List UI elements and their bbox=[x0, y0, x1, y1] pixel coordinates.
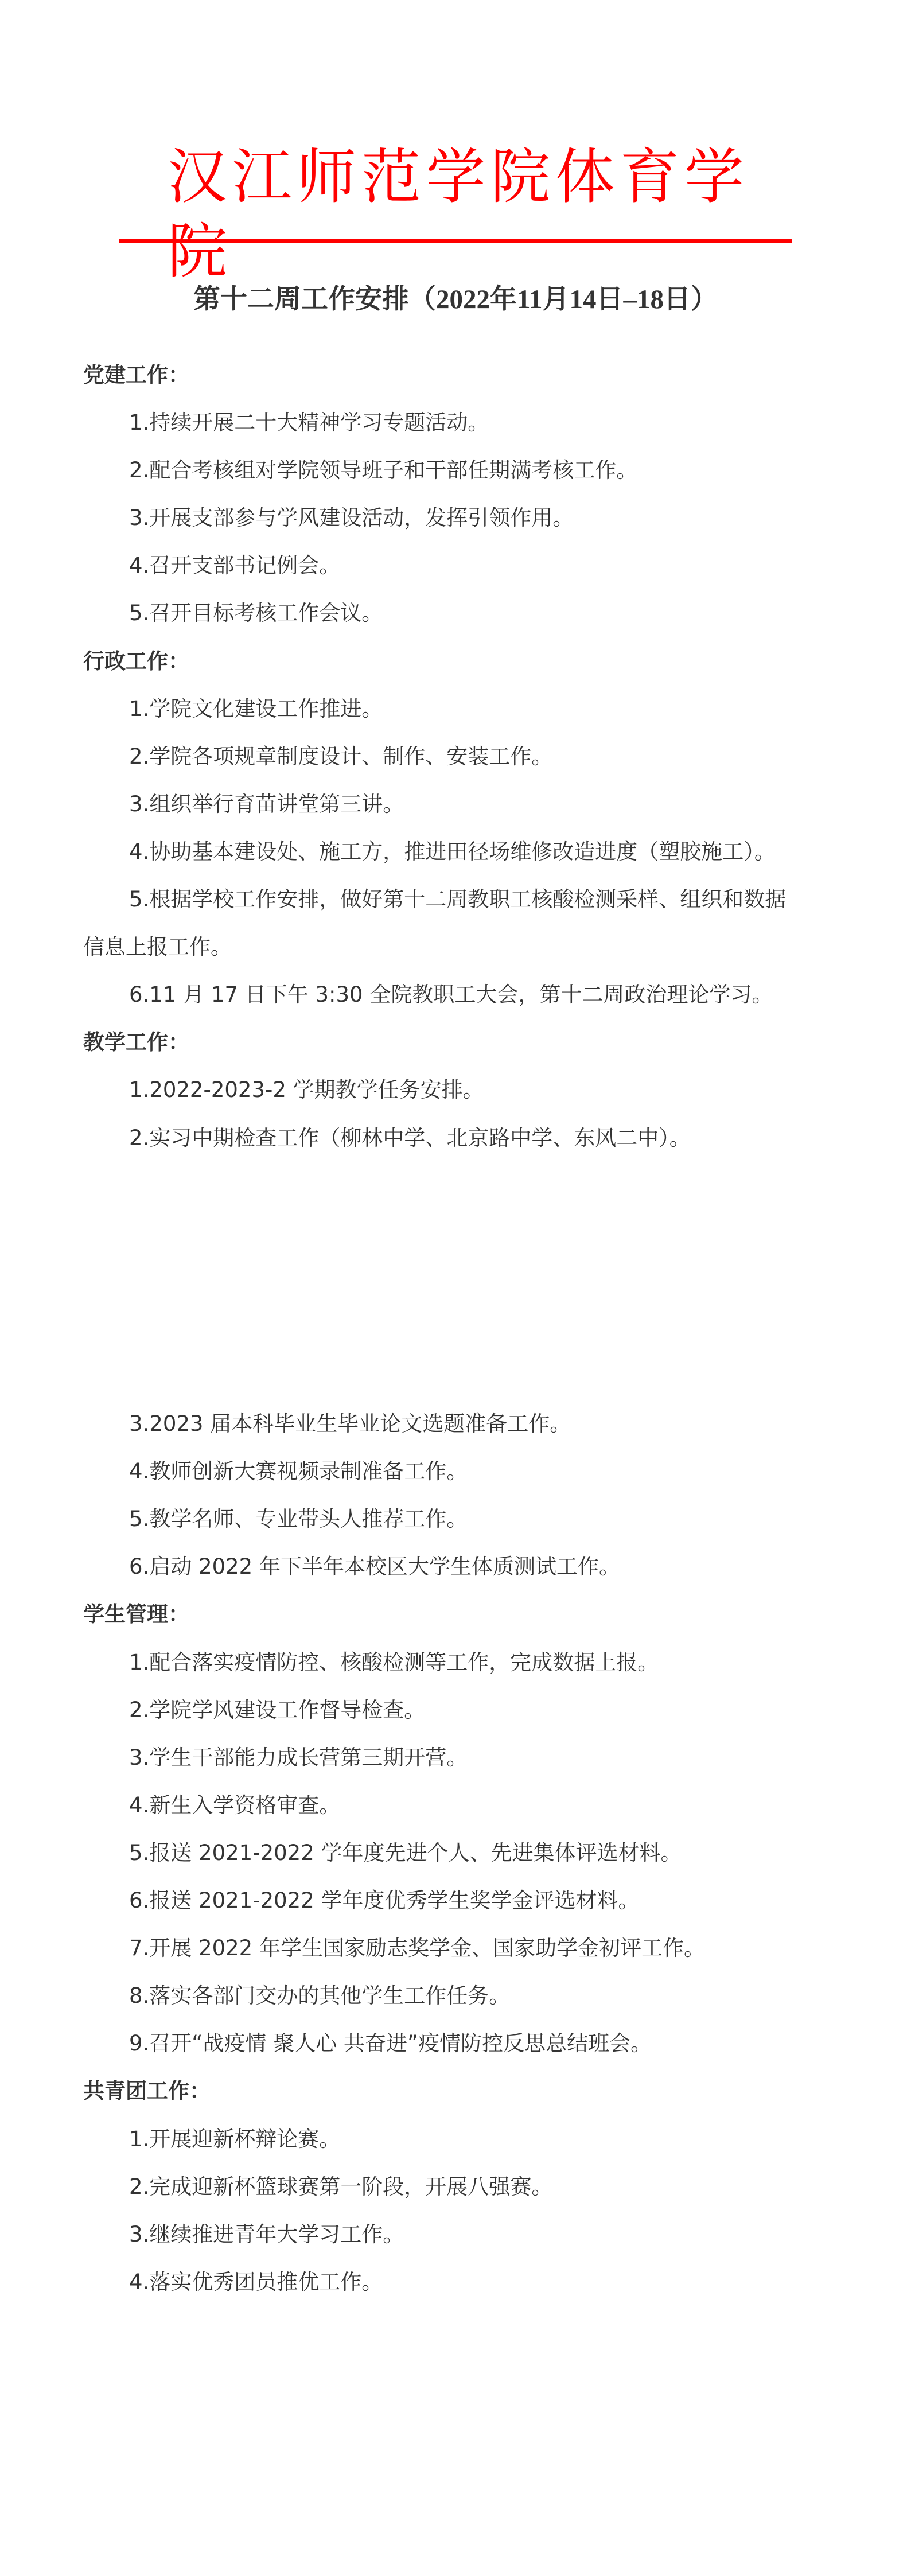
section-heading-admin: 行政工作： bbox=[83, 637, 829, 685]
list-item: 6.启动 2022 年下半年本校区大学生体质测试工作。 bbox=[83, 1543, 829, 1590]
org-title-block: 汉江师范学院体育学院 bbox=[168, 139, 744, 214]
list-item: 1.持续开展二十大精神学习专题活动。 bbox=[83, 399, 829, 446]
org-title: 汉江师范学院体育学院 bbox=[168, 139, 744, 289]
section-heading-party: 党建工作： bbox=[83, 351, 829, 399]
section-heading-teaching: 教学工作： bbox=[83, 1018, 829, 1066]
list-item: 3.学生干部能力成长营第三期开营。 bbox=[83, 1734, 829, 1781]
list-item: 6.11 月 17 日下午 3:30 全院教职工大会，第十二周政治理论学习。 bbox=[83, 971, 829, 1018]
list-item: 1.学院文化建设工作推进。 bbox=[83, 685, 829, 733]
page-subtitle: 第十二周工作安排（2022年11月14日–18日） bbox=[0, 281, 911, 318]
list-item: 4.落实优秀团员推优工作。 bbox=[83, 2258, 829, 2306]
red-divider bbox=[119, 239, 792, 243]
list-item: 4.召开支部书记例会。 bbox=[83, 542, 829, 589]
list-item: 5.召开目标考核工作会议。 bbox=[83, 589, 829, 637]
list-item: 7.开展 2022 年学生国家励志奖学金、国家助学金初评工作。 bbox=[83, 1924, 829, 1972]
list-item: 9.召开“战疫情 聚人心 共奋进”疫情防控反思总结班会。 bbox=[83, 2019, 829, 2067]
page-break-gap bbox=[83, 1162, 829, 1400]
section-heading-student-affairs: 学生管理： bbox=[83, 1590, 829, 1638]
list-item: 3.组织举行育苗讲堂第三讲。 bbox=[83, 780, 829, 828]
list-item: 2.学院学风建设工作督导检查。 bbox=[83, 1686, 829, 1734]
list-item: 3.2023 届本科毕业生毕业论文选题准备工作。 bbox=[83, 1400, 829, 1447]
list-item: 1.配合落实疫情防控、核酸检测等工作，完成数据上报。 bbox=[83, 1639, 829, 1686]
list-item: 1.开展迎新杯辩论赛。 bbox=[83, 2115, 829, 2163]
list-item: 4.新生入学资格审查。 bbox=[83, 1781, 829, 1829]
section-heading-youth-league: 共青团工作： bbox=[83, 2067, 829, 2115]
list-item: 2.配合考核组对学院领导班子和干部任期满考核工作。 bbox=[83, 446, 829, 494]
list-item: 3.开展支部参与学风建设活动，发挥引领作用。 bbox=[83, 494, 829, 542]
list-item: 5.报送 2021-2022 学年度先进个人、先进集体评选材料。 bbox=[83, 1829, 829, 1877]
list-item: 2.完成迎新杯篮球赛第一阶段，开展八强赛。 bbox=[83, 2163, 829, 2211]
list-item: 6.报送 2021-2022 学年度优秀学生奖学金评选材料。 bbox=[83, 1877, 829, 1924]
list-item: 4.协助基本建设处、施工方，推进田径场维修改造进度（塑胶施工）。 bbox=[83, 828, 829, 875]
list-item-continuation: 信息上报工作。 bbox=[83, 923, 829, 971]
list-item: 5.教学名师、专业带头人推荐工作。 bbox=[83, 1495, 829, 1543]
list-item: 2.实习中期检查工作（柳林中学、北京路中学、东风二中）。 bbox=[83, 1114, 829, 1162]
list-item: 1.2022-2023-2 学期教学任务安排。 bbox=[83, 1066, 829, 1114]
list-item: 4.教师创新大赛视频录制准备工作。 bbox=[83, 1447, 829, 1495]
work-schedule-body: 党建工作： 1.持续开展二十大精神学习专题活动。 2.配合考核组对学院领导班子和… bbox=[83, 351, 829, 2306]
list-item: 5.根据学校工作安排，做好第十二周教职工核酸检测采样、组织和数据 bbox=[83, 875, 829, 923]
list-item: 8.落实各部门交办的其他学生工作任务。 bbox=[83, 1972, 829, 2019]
list-item: 3.继续推进青年大学习工作。 bbox=[83, 2211, 829, 2258]
list-item: 2.学院各项规章制度设计、制作、安装工作。 bbox=[83, 733, 829, 780]
